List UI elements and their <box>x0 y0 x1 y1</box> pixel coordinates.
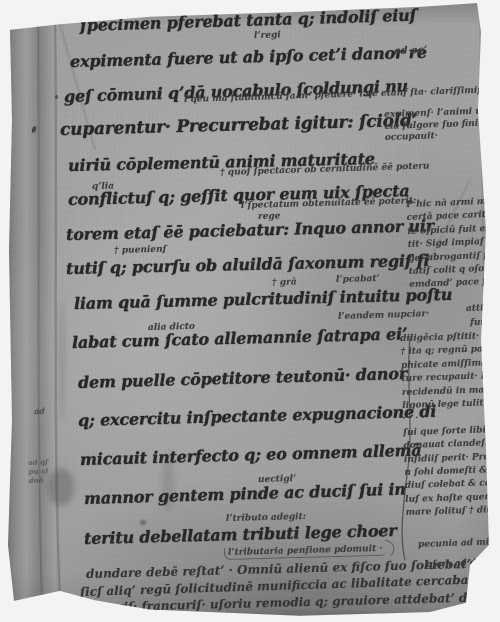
manuscript-text-line: ſpecimen pferebat tanta q; indoliſ eiuſ <box>80 5 417 35</box>
margin-note-top-right: expimenſ· lʼanimi uigore cia fulgore ſuo… <box>384 106 500 145</box>
manuscript-text-line: expimenta fuere ut ab ipſo cetʼi danor r… <box>70 43 427 71</box>
interlinear-gloss: lʼtributaria penſione pdomuit · <box>224 544 386 560</box>
margin-gloss: funni <box>470 317 497 328</box>
margin-mark: ad ocʼ <box>394 45 428 57</box>
interlinear-gloss: uectiglʼ <box>258 474 296 485</box>
margin-gloss-line: † ita q; regnū pacifi <box>400 343 500 360</box>
photo-frame: ſpecimen pferebat tanta q; indoliſ eiuſ … <box>0 0 500 622</box>
interlinear-gloss: qʼlia <box>92 181 114 192</box>
margin-gloss-column-lower: diligēcia pſtitit· S; † ita q; regnū pac… <box>400 330 500 521</box>
margin-mark: ad <box>34 406 45 416</box>
margin-gloss-line: mare ſolituſ † diu <box>405 504 500 521</box>
margin-gloss: pecunia ad mi <box>418 538 489 550</box>
margin-gloss-line: ture recupauit· Pri <box>401 370 500 387</box>
manuscript-text-line: torem etaſ ēē paciebatur: Inquo annor ui… <box>66 216 434 244</box>
manuscript-page: ſpecimen pferebat tanta q; indoliſ eiuſ … <box>0 0 500 622</box>
margin-gloss: gſam ad dudʼ <box>426 558 492 570</box>
margin-gloss: attin <box>466 303 490 314</box>
interlinear-gloss: † grā <box>272 277 297 288</box>
interlinear-gloss: lʼeandem nupciar· <box>338 309 430 322</box>
manuscript-text-line: liam quā ſumme pulcritudiniſ intuitu poſ… <box>74 285 453 313</box>
interlinear-gloss: lʼpcabatʼ <box>336 274 380 285</box>
manuscript-photo-screenshot: { "meta": { "description": "Grayscale ph… <box>0 0 500 622</box>
ink-blot <box>55 95 58 99</box>
margin-gloss-column-upper: P hic nā armi mī certā pace carita te oſ… <box>406 196 500 293</box>
margin-gloss-line: emdandʼ pace ſtaf <box>409 276 500 293</box>
manuscript-text-line: labat cum ſcato allemannie ſatrapa eiʼ <box>72 324 408 352</box>
manuscript-text-line: q; excercitu inſpectante expugnacione di <box>78 402 437 430</box>
smudge <box>58 300 66 420</box>
interlinear-gloss: † puenienſ <box>114 245 167 256</box>
smudge <box>48 468 74 506</box>
interlinear-gloss: alia dicto <box>148 322 195 333</box>
manuscript-text-line: mannor gentem pinde ac duciſ ſui in <box>84 479 406 508</box>
interlinear-gloss: lʼtributo adegit: <box>226 512 306 524</box>
smudge <box>162 452 174 512</box>
margin-faint-note: ad qſ pu al dnō <box>28 457 49 485</box>
ink-blot <box>140 520 146 525</box>
manuscript-text-line: dem puelle cōpetitore teutonū· danor <box>78 364 407 392</box>
ink-blot <box>31 126 37 134</box>
manuscript-text-line: cuparentur· Precurrebat igitur: ſcioldʼ <box>60 111 418 140</box>
manuscript-text-line: micauit interfecto q; eo omnem allemā <box>80 440 422 469</box>
interlinear-gloss: rege <box>258 211 281 222</box>
margin-gloss-line: ligonū lege tulit eo <box>402 397 500 414</box>
margin-faint-line: dnō <box>29 475 49 485</box>
interlinear-gloss: lʼregi <box>254 30 281 41</box>
